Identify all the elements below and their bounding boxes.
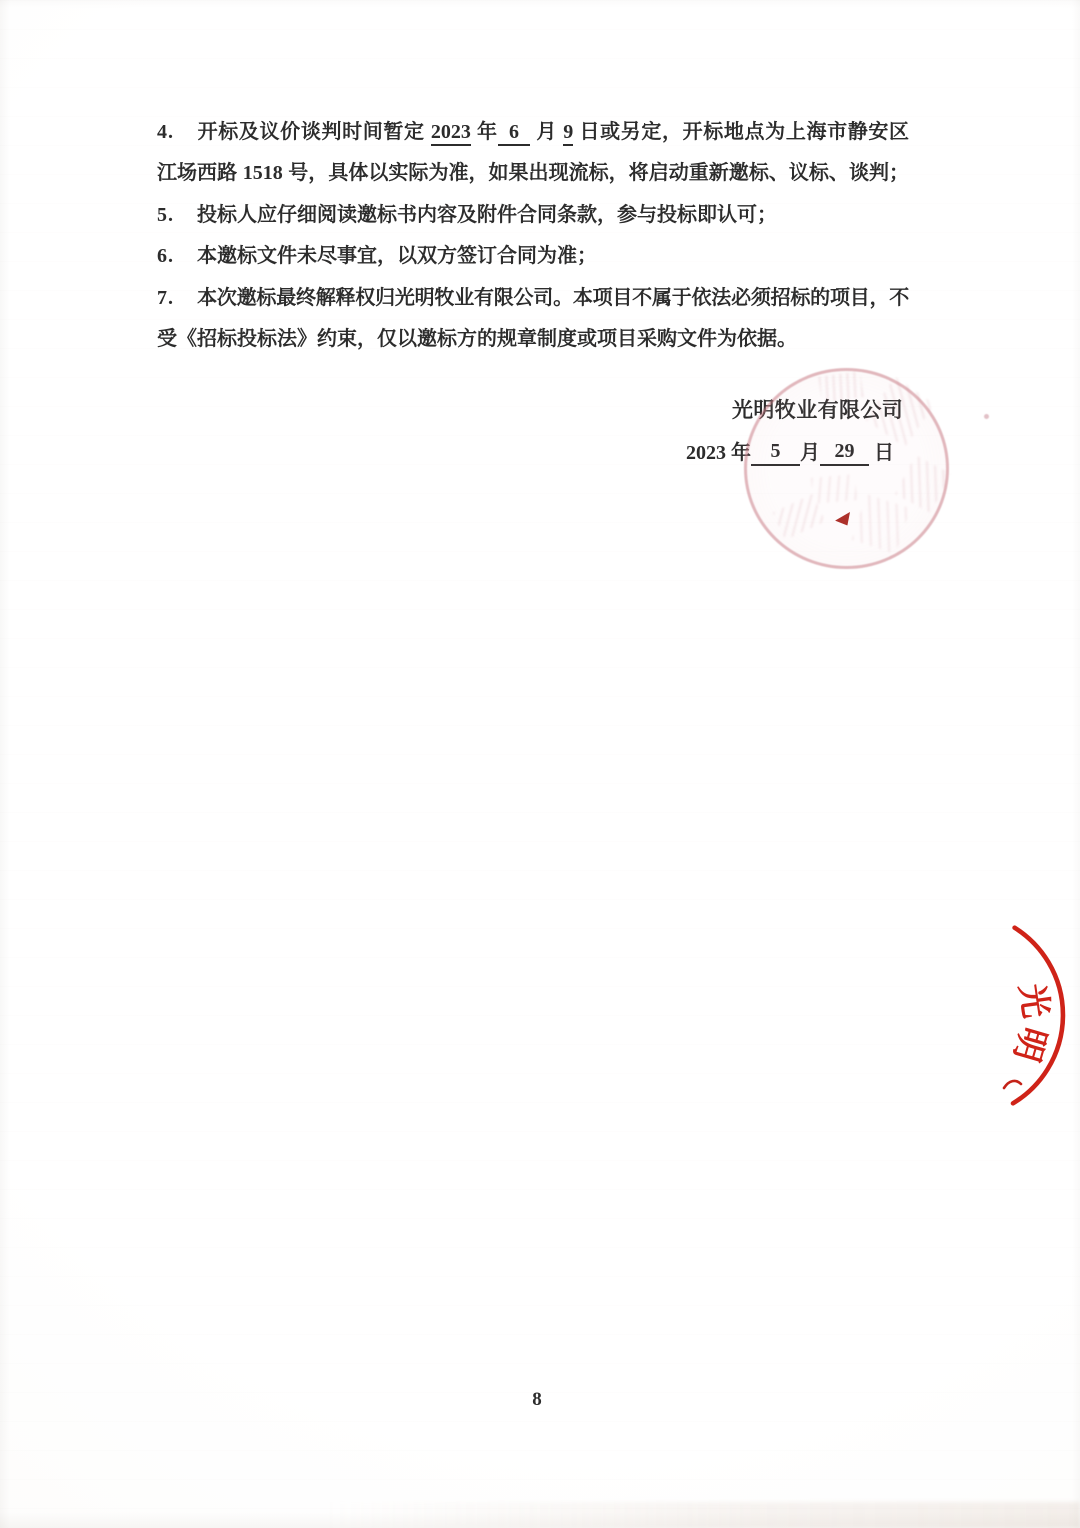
edge-seal-char-top: 光 <box>1012 981 1054 1020</box>
edge-seal-tick <box>1004 1081 1021 1088</box>
edge-seal-char-bottom: 明 <box>1007 1023 1053 1066</box>
item-4-number: 4. <box>157 112 197 153</box>
item-5-number: 5. <box>157 195 197 236</box>
item-6-number: 6. <box>157 236 197 277</box>
text-segment: 月 <box>530 121 563 143</box>
text-segment: 年 <box>471 121 498 143</box>
item-7-line-2-text: 受《招标投标法》约束，仅以邀标方的规章制度或项目采购文件为依据。 <box>157 328 797 350</box>
document-page: 4.开标及议价谈判时间暂定 2023 年 6 月 9 日或另定，开标地点为上海市… <box>0 0 1080 1528</box>
seal-ink-dot <box>984 414 989 419</box>
text-segment: 投标人应仔细阅读邀标书内容及附件合同条款，参与投标即认可； <box>197 204 777 226</box>
text-segment: 6 <box>498 121 531 146</box>
text-segment: 本邀标文件未尽事宜，以双方签订合同为准； <box>197 245 597 267</box>
item-4-line-1-text: 开标及议价谈判时间暂定 2023 年 6 月 9 日或另定，开标地点为上海市静安… <box>197 121 909 146</box>
item-4-line-2-text: 江场西路 1518 号，具体以实际为准，如果出现流标，将启动重新邀标、议标、谈判… <box>157 162 909 184</box>
signature-date-year: 2023 <box>686 442 726 464</box>
item-5-text: 投标人应仔细阅读邀标书内容及附件合同条款，参与投标即认可； <box>197 204 777 226</box>
item-7-line-1-text: 本次邀标最终解释权归光明牧业有限公司。本项目不属于依法必须招标的项目，不 <box>197 287 909 309</box>
item-6-line: 6.本邀标文件未尽事宜，以双方签订合同为准； <box>157 236 909 277</box>
item-4-line-2: 江场西路 1518 号，具体以实际为准，如果出现流标，将启动重新邀标、议标、谈判… <box>157 153 909 194</box>
edge-seal: 光 明 <box>930 890 1080 1130</box>
item-7-line-2: 受《招标投标法》约束，仅以邀标方的规章制度或项目采购文件为依据。 <box>157 319 909 360</box>
text-segment: 江场西路 <box>157 162 243 184</box>
text-segment: 开标及议价谈判时间暂定 <box>197 121 431 143</box>
text-segment: 本次邀标最终解释权归光明牧业有限公司。本项目不属于依法必须招标的项目，不 <box>197 287 909 309</box>
item-6-text: 本邀标文件未尽事宜，以双方签订合同为准； <box>197 245 597 267</box>
text-segment: 9 <box>563 121 573 146</box>
scan-noise <box>0 1502 1080 1528</box>
text-segment: 2023 <box>431 121 471 146</box>
item-7-number: 7. <box>157 278 197 319</box>
text-segment: 1518 <box>243 162 283 184</box>
edge-seal-graphic: 光 明 <box>930 890 1080 1130</box>
text-segment: 号，具体以实际为准，如果出现流标，将启动重新邀标、议标、谈判； <box>283 162 909 184</box>
text-segment: 受《招标投标法》约束，仅以邀标方的规章制度或项目采购文件为依据。 <box>157 328 797 350</box>
item-5-line: 5.投标人应仔细阅读邀标书内容及附件合同条款，参与投标即认可； <box>157 195 909 236</box>
terms-list: 4.开标及议价谈判时间暂定 2023 年 6 月 9 日或另定，开标地点为上海市… <box>157 112 909 360</box>
page-number: 8 <box>522 1389 552 1411</box>
item-7-line-1: 7.本次邀标最终解释权归光明牧业有限公司。本项目不属于依法必须招标的项目，不 <box>157 278 909 319</box>
item-4-line-1: 4.开标及议价谈判时间暂定 2023 年 6 月 9 日或另定，开标地点为上海市… <box>157 112 909 153</box>
seal-smudge <box>811 474 857 504</box>
text-segment: 日或另定，开标地点为上海市静安区 <box>573 121 909 143</box>
